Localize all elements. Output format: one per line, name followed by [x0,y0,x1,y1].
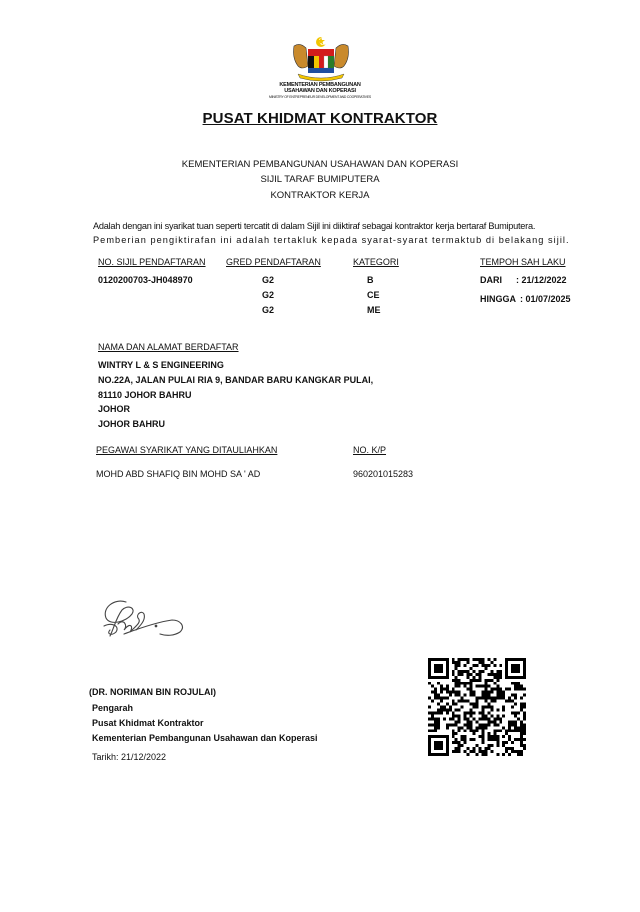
header-ic: NO. K/P [353,445,386,455]
coat-of-arms-icon [280,36,362,82]
validity-to-label: HINGGA [480,294,516,304]
cert-number: 0120200703-JH048970 [98,275,193,285]
page-title: PUSAT KHIDMAT KONTRAKTOR [0,110,640,127]
company-state: JOHOR [98,404,130,414]
signature-icon [96,596,190,642]
validity-from: : 21/12/2022 [516,275,567,285]
officer-name: MOHD ABD SHAFIQ BIN MOHD SA ' AD [96,469,260,479]
company-name: WINTRY L & S ENGINEERING [98,360,224,370]
header-validity: TEMPOH SAH LAKU [480,257,566,267]
ministry-logo-line-2: USAHAWAN DAN KOPERASI [240,88,400,94]
header-officer: PEGAWAI SYARIKAT YANG DITAULIAHKAN [96,445,277,455]
category-row-2: CE [367,290,380,300]
header-company: NAMA DAN ALAMAT BERDAFTAR [98,342,239,352]
signatory-ministry: Kementerian Pembangunan Usahawan dan Kop… [92,733,318,743]
category-row-1: B [367,275,374,285]
signatory-name: (DR. NORIMAN BIN ROJULAI) [89,687,216,697]
intro-line-1: Adalah dengan ini syarikat tuan seperti … [93,221,535,231]
company-address-1: NO.22A, JALAN PULAI RIA 9, BANDAR BARU K… [98,375,373,385]
header-cert-no: NO. SIJIL PENDAFTARAN [98,257,206,267]
validity-from-label: DARI [480,275,502,285]
grade-row-1: G2 [262,275,274,285]
signatory-position: Pengarah [92,703,133,713]
officer-ic: 960201015283 [353,469,413,479]
header-grade: GRED PENDAFTARAN [226,257,321,267]
ministry-logo-line-3: MINISTRY OF ENTREPRENEUR DEVELOPMENT AND… [240,95,400,99]
subtitle-certificate: SIJIL TARAF BUMIPUTERA [0,174,640,185]
subtitle-contractor-type: KONTRAKTOR KERJA [0,190,640,201]
subtitle-ministry: KEMENTERIAN PEMBANGUNAN USAHAWAN DAN KOP… [0,159,640,170]
qr-code-icon [428,658,526,756]
grade-row-3: G2 [262,305,274,315]
intro-line-2: Pemberian pengiktirafan ini adalah terta… [93,235,570,245]
header-category: KATEGORI [353,257,399,267]
company-address-2: 81110 JOHOR BAHRU [98,390,192,400]
signatory-date: Tarikh: 21/12/2022 [92,752,166,762]
validity-to: : 01/07/2025 [520,294,571,304]
category-row-3: ME [367,305,381,315]
company-district: JOHOR BAHRU [98,419,165,429]
signatory-office: Pusat Khidmat Kontraktor [92,718,204,728]
grade-row-2: G2 [262,290,274,300]
